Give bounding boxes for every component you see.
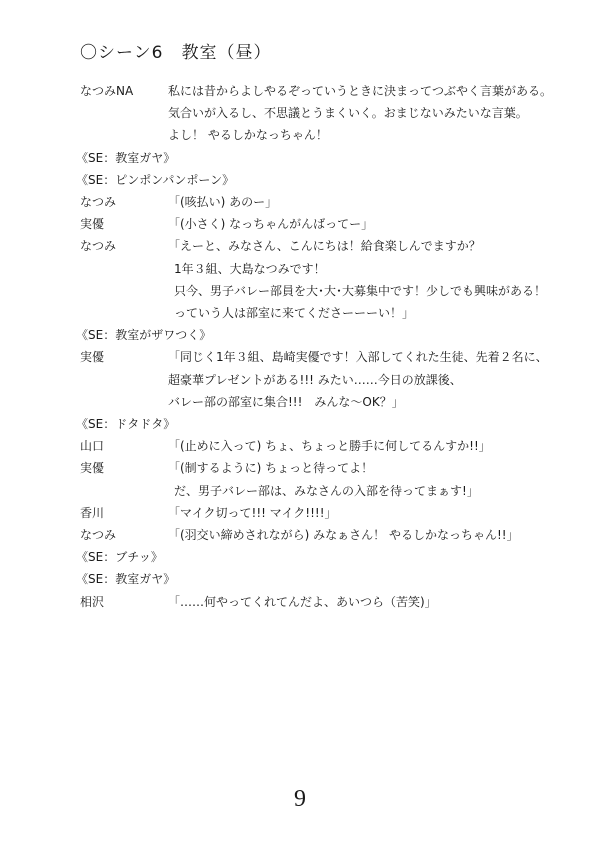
dialogue-line: 超豪華プレゼントがある!!! みたい……今日の放課後、 bbox=[168, 369, 560, 391]
dialogue-line: 気合いが入るし、不思議とうまくいく。おまじないみたいな言葉。 bbox=[168, 102, 560, 124]
speaker-name: 香川 bbox=[80, 502, 168, 524]
dialogue-entry: 実優「(制するように) ちょっと待ってよ！だ、男子バレー部は、みなさんの入部を待… bbox=[80, 457, 560, 501]
dialogue-line: 「えーと、みなさん、こんにちは！給食楽しんでますか？ bbox=[168, 235, 560, 257]
dialogue-lines: 「……何やってくれてんだよ、あいつら（苦笑)」 bbox=[168, 591, 560, 613]
dialogue-lines: 「(羽交い締めされながら) みなぁさん！ やるしかなっちゃん!!」 bbox=[168, 524, 560, 546]
dialogue-lines: 「えーと、みなさん、こんにちは！給食楽しんでますか？1年３組、大島なつみです！只… bbox=[168, 235, 560, 324]
script-body: なつみNA私には昔からよしやるぞっていうときに決まってつぶやく言葉がある。気合い… bbox=[80, 80, 560, 613]
dialogue-lines: 「マイク切って!!! マイク!!!!」 bbox=[168, 502, 560, 524]
dialogue-line: 私には昔からよしやるぞっていうときに決まってつぶやく言葉がある。 bbox=[168, 80, 560, 102]
dialogue-lines: 私には昔からよしやるぞっていうときに決まってつぶやく言葉がある。気合いが入るし、… bbox=[168, 80, 560, 147]
dialogue-line: 「同じく1年３組、島崎実優です！入部してくれた生徒、先着２名に、 bbox=[168, 346, 560, 368]
dialogue-entry: 実優「(小さく) なっちゃんがんばってー」 bbox=[80, 213, 560, 235]
dialogue-lines: 「(小さく) なっちゃんがんばってー」 bbox=[168, 213, 560, 235]
speaker-name: なつみNA bbox=[80, 80, 168, 147]
dialogue-entry: 山口「(止めに入って) ちょ、ちょっと勝手に何してるんすか!!」 bbox=[80, 435, 560, 457]
dialogue-line: 「(咳払い) あのー」 bbox=[168, 191, 560, 213]
dialogue-lines: 「(咳払い) あのー」 bbox=[168, 191, 560, 213]
speaker-name: なつみ bbox=[80, 191, 168, 213]
dialogue-entry: なつみNA私には昔からよしやるぞっていうときに決まってつぶやく言葉がある。気合い… bbox=[80, 80, 560, 147]
dialogue-line: だ、男子バレー部は、みなさんの入部を待ってまぁす!」 bbox=[168, 480, 560, 502]
dialogue-entry: 相沢「……何やってくれてんだよ、あいつら（苦笑)」 bbox=[80, 591, 560, 613]
dialogue-line: 只今、男子バレー部員を大･大･大募集中です！少しでも興味がある！ bbox=[168, 280, 560, 302]
speaker-name: 実優 bbox=[80, 346, 168, 413]
sound-effect-cue: 《SE：教室ガヤ》 bbox=[76, 568, 560, 590]
speaker-name: 相沢 bbox=[80, 591, 168, 613]
dialogue-line: 「(小さく) なっちゃんがんばってー」 bbox=[168, 213, 560, 235]
dialogue-line: 「(止めに入って) ちょ、ちょっと勝手に何してるんすか!!」 bbox=[168, 435, 560, 457]
dialogue-lines: 「同じく1年３組、島崎実優です！入部してくれた生徒、先着２名に、超豪華プレゼント… bbox=[168, 346, 560, 413]
dialogue-line: っていう人は部室に来てくださーーーい！」 bbox=[168, 302, 560, 324]
dialogue-entry: 香川「マイク切って!!! マイク!!!!」 bbox=[80, 502, 560, 524]
dialogue-entry: 実優「同じく1年３組、島崎実優です！入部してくれた生徒、先着２名に、超豪華プレゼ… bbox=[80, 346, 560, 413]
sound-effect-cue: 《SE：ピンポンパンポーン》 bbox=[76, 169, 560, 191]
sound-effect-cue: 《SE：教室がザワつく》 bbox=[76, 324, 560, 346]
dialogue-line: 「マイク切って!!! マイク!!!!」 bbox=[168, 502, 560, 524]
sound-effect-cue: 《SE：ドタドタ》 bbox=[76, 413, 560, 435]
dialogue-line: 「(羽交い締めされながら) みなぁさん！ やるしかなっちゃん!!」 bbox=[168, 524, 560, 546]
page-number: 9 bbox=[0, 786, 600, 813]
script-page: 〇シーン6 教室（昼） なつみNA私には昔からよしやるぞっていうときに決まってつ… bbox=[0, 0, 600, 849]
dialogue-line: バレー部の部室に集合!!! みんな～OK？」 bbox=[168, 391, 560, 413]
dialogue-lines: 「(止めに入って) ちょ、ちょっと勝手に何してるんすか!!」 bbox=[168, 435, 560, 457]
speaker-name: なつみ bbox=[80, 235, 168, 324]
dialogue-line: よし！ やるしかなっちゃん！ bbox=[168, 124, 560, 146]
scene-heading: 〇シーン6 教室（昼） bbox=[80, 38, 271, 63]
dialogue-line: 「……何やってくれてんだよ、あいつら（苦笑)」 bbox=[168, 591, 560, 613]
sound-effect-cue: 《SE：教室ガヤ》 bbox=[76, 147, 560, 169]
dialogue-entry: なつみ「えーと、みなさん、こんにちは！給食楽しんでますか？1年３組、大島なつみで… bbox=[80, 235, 560, 324]
dialogue-entry: なつみ「(咳払い) あのー」 bbox=[80, 191, 560, 213]
speaker-name: なつみ bbox=[80, 524, 168, 546]
dialogue-line: 「(制するように) ちょっと待ってよ！ bbox=[168, 457, 560, 479]
dialogue-line: 1年３組、大島なつみです！ bbox=[168, 258, 560, 280]
speaker-name: 山口 bbox=[80, 435, 168, 457]
speaker-name: 実優 bbox=[80, 213, 168, 235]
dialogue-lines: 「(制するように) ちょっと待ってよ！だ、男子バレー部は、みなさんの入部を待って… bbox=[168, 457, 560, 501]
speaker-name: 実優 bbox=[80, 457, 168, 501]
dialogue-entry: なつみ「(羽交い締めされながら) みなぁさん！ やるしかなっちゃん!!」 bbox=[80, 524, 560, 546]
sound-effect-cue: 《SE：ブチッ》 bbox=[76, 546, 560, 568]
